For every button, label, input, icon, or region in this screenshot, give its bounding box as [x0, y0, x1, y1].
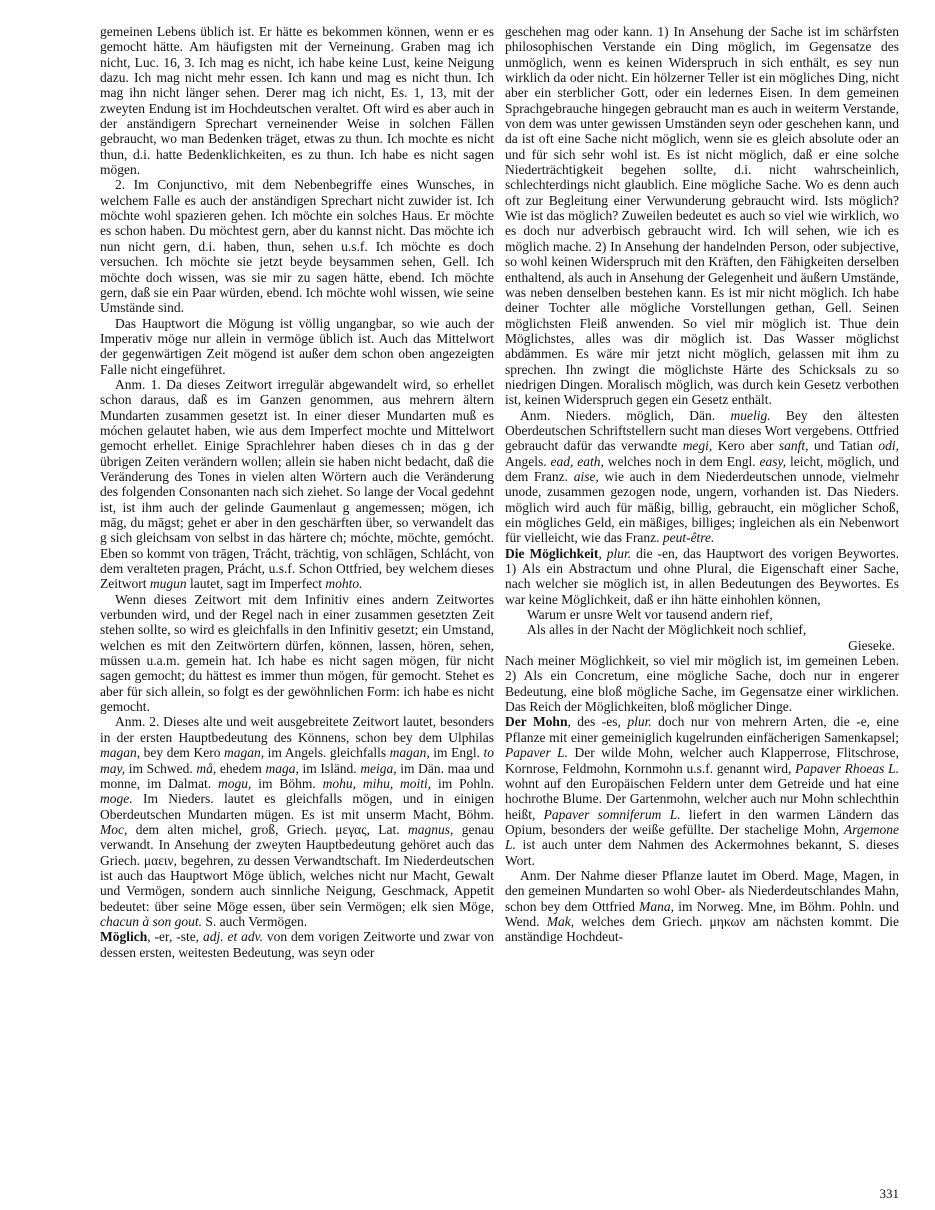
- text-run: Das Hauptwort die Mögung ist völlig unga…: [100, 316, 494, 377]
- text-run: Mak,: [547, 914, 574, 929]
- text-run: moge.: [100, 791, 133, 806]
- verse-line: Als alles in der Nacht der Möglichkeit n…: [505, 622, 899, 637]
- text-run: easy,: [760, 454, 787, 469]
- paragraph-anm-2: Anm. 2. Dieses alte und weit ausgebreite…: [100, 714, 494, 929]
- text-columns: gemeinen Lebens üblich ist. Er hätte es …: [100, 24, 899, 960]
- paragraph-moegung: Das Hauptwort die Mögung ist völlig unga…: [100, 316, 494, 377]
- text-run: mohto.: [325, 576, 362, 591]
- text-run: meiga,: [360, 761, 396, 776]
- text-run: Im Nieders. lautet es gleichfalls mögen,…: [100, 791, 494, 821]
- text-run: plur.: [607, 546, 631, 561]
- right-column: geschehen mag oder kann. 1) In Ansehung …: [505, 24, 899, 960]
- text-run: Anm. Nieders. möglich, Dän.: [520, 408, 730, 423]
- text-run: im Pohln.: [431, 776, 494, 791]
- left-column: gemeinen Lebens üblich ist. Er hätte es …: [100, 24, 494, 960]
- entry-moeglich: Möglich, -er, -ste, adj. et adv. von dem…: [100, 929, 494, 960]
- page-number: 331: [880, 1186, 900, 1202]
- verse-attribution: Gieseke.: [505, 638, 899, 653]
- text-run: Wenn dieses Zeitwort mit dem Infinitiv e…: [100, 592, 494, 714]
- text-run: adj. et adv.: [203, 929, 263, 944]
- scan-page: gemeinen Lebens üblich ist. Er hätte es …: [0, 0, 935, 1210]
- text-run: muelig.: [730, 408, 770, 423]
- text-run: odi,: [878, 438, 899, 453]
- text-run: ead, eath,: [551, 454, 604, 469]
- text-run: im Angels. gleichfalls: [264, 745, 390, 760]
- text-run: Als alles in der Nacht der Möglichkeit n…: [527, 622, 806, 637]
- text-run: Anm. 2. Dieses alte und weit ausgebreite…: [100, 714, 494, 744]
- text-run: dem alten michel, groß, Griech. μεγας, L…: [127, 822, 408, 837]
- text-run: Kero aber: [712, 438, 779, 453]
- text-run: Mana,: [639, 899, 674, 914]
- text-run: Anm. 1. Da dieses Zeitwort irregulär abg…: [100, 377, 494, 591]
- paragraph-continuation: gemeinen Lebens üblich ist. Er hätte es …: [100, 24, 494, 177]
- headword: Möglich: [100, 929, 147, 944]
- paragraph-sense-2: 2. Im Conjunctivo, mit dem Nebenbegriffe…: [100, 177, 494, 315]
- text-run: magnus,: [408, 822, 453, 837]
- text-run: aise,: [574, 469, 599, 484]
- paragraph-continuation: geschehen mag oder kann. 1) In Ansehung …: [505, 24, 899, 408]
- text-run: må,: [196, 761, 216, 776]
- text-run: mogu,: [218, 776, 251, 791]
- text-run: bey dem Kero: [140, 745, 224, 760]
- text-run: magan,: [100, 745, 140, 760]
- entry-mohn: Der Mohn, des -es, plur. doch nur von me…: [505, 714, 899, 867]
- text-run: Papaver L.: [505, 745, 568, 760]
- text-run: welches noch in dem Engl.: [604, 454, 760, 469]
- entry-moeglichkeit: Die Möglichkeit, plur. die -en, das Haup…: [505, 546, 899, 607]
- text-run: im Isländ.: [299, 761, 360, 776]
- text-run: Nach meiner Möglichkeit, so viel mir mög…: [505, 653, 899, 714]
- text-run: magan,: [390, 745, 430, 760]
- headword: Der Mohn: [505, 714, 567, 729]
- text-run: mohu, mihu, moiti,: [323, 776, 432, 791]
- text-run: Angels.: [505, 454, 551, 469]
- text-run: peut-être.: [663, 530, 715, 545]
- text-run: und Tatian: [809, 438, 879, 453]
- text-run: im Engl.: [430, 745, 484, 760]
- text-run: , des -es,: [567, 714, 627, 729]
- paragraph-anm-mohn: Anm. Der Nahme dieser Pflanze lautet im …: [505, 868, 899, 945]
- text-run: ist auch unter dem Nahmen des Ackermohne…: [505, 837, 899, 867]
- verse-line: Warum er unsre Welt vor tausend andern r…: [505, 607, 899, 622]
- headword: Die Möglichkeit: [505, 546, 598, 561]
- text-run: maga,: [265, 761, 298, 776]
- text-run: megi,: [683, 438, 713, 453]
- paragraph-infinitiv: Wenn dieses Zeitwort mit dem Infinitiv e…: [100, 592, 494, 715]
- paragraph-anm-1: Anm. 1. Da dieses Zeitwort irregulär abg…: [100, 377, 494, 592]
- text-run: im Schwed.: [125, 761, 196, 776]
- text-run: Warum er unsre Welt vor tausend andern r…: [527, 607, 773, 622]
- text-run: lautet, sagt im Imperfect: [187, 576, 326, 591]
- paragraph-moeglichkeit-2: Nach meiner Möglichkeit, so viel mir mög…: [505, 653, 899, 714]
- paragraph-anm-moeglich: Anm. Nieders. möglich, Dän. muelig. Bey …: [505, 408, 899, 546]
- text-run: Moc,: [100, 822, 127, 837]
- text-run: Gieseke.: [848, 638, 895, 653]
- text-run: Papaver somniferum L.: [544, 807, 681, 822]
- text-run: im Böhm.: [251, 776, 322, 791]
- text-run: plur.: [627, 714, 651, 729]
- text-run: magan,: [224, 745, 264, 760]
- text-run: ehedem: [216, 761, 265, 776]
- text-run: , -er, -ste,: [147, 929, 203, 944]
- text-run: ,: [598, 546, 606, 561]
- text-run: S. auch Vermögen.: [202, 914, 307, 929]
- text-run: Papaver Rhoeas L.: [795, 761, 899, 776]
- text-run: chacun à son gout.: [100, 914, 202, 929]
- text-run: geschehen mag oder kann. 1) In Ansehung …: [505, 24, 899, 407]
- text-run: mugun: [150, 576, 187, 591]
- text-run: gemeinen Lebens üblich ist. Er hätte es …: [100, 24, 494, 177]
- text-run: 2. Im Conjunctivo, mit dem Nebenbegriffe…: [100, 177, 494, 315]
- text-run: sanft,: [779, 438, 809, 453]
